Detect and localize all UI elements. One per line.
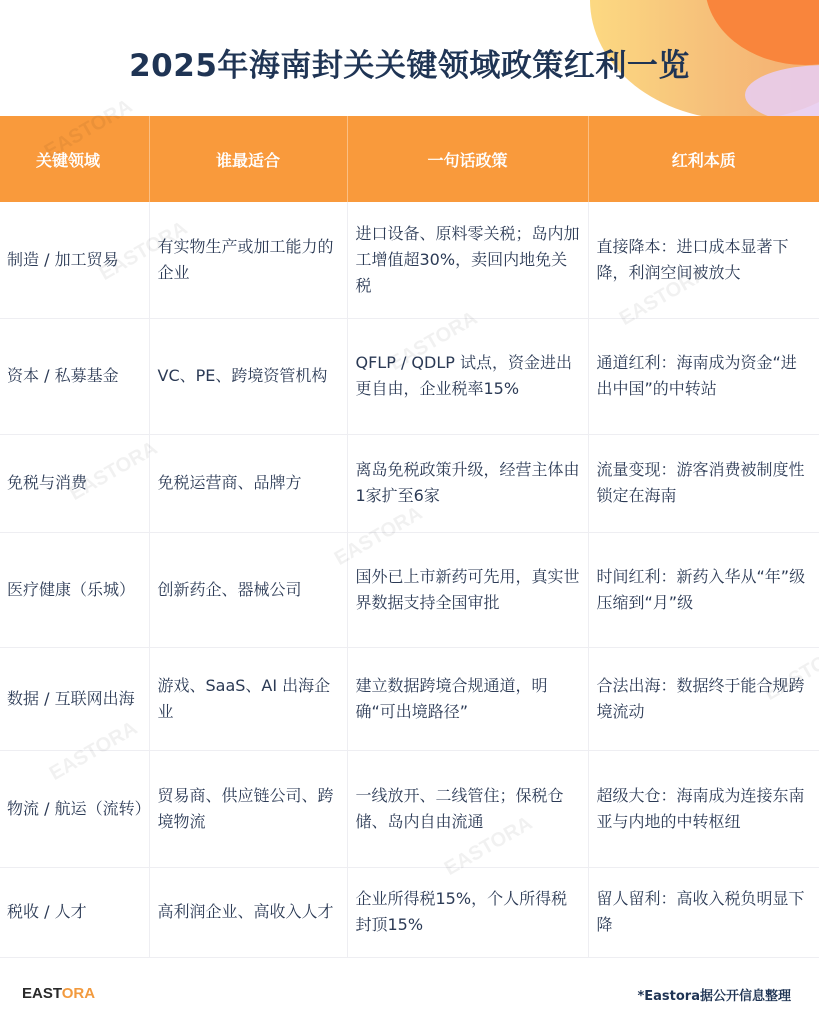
header-best-fit: 谁最适合 xyxy=(149,116,347,202)
table-row: 资本 / 私募基金 VC、PE、跨境资管机构 QFLP / QDLP 试点，资金… xyxy=(0,318,819,434)
cell-benefit: 直接降本：进口成本显著下降，利润空间被放大 xyxy=(588,202,819,318)
cell-policy: 国外已上市新药可先用，真实世界数据支持全国审批 xyxy=(347,532,588,647)
cell-key-area: 制造 / 加工贸易 xyxy=(0,202,149,318)
cell-policy: QFLP / QDLP 试点，资金进出更自由，企业税率15% xyxy=(347,318,588,434)
cell-policy: 建立数据跨境合规通道，明确“可出境路径” xyxy=(347,647,588,750)
cell-key-area: 数据 / 互联网出海 xyxy=(0,647,149,750)
table-row: 物流 / 航运（流转） 贸易商、供应链公司、跨境物流 一线放开、二线管住；保税仓… xyxy=(0,750,819,867)
cell-key-area: 物流 / 航运（流转） xyxy=(0,750,149,867)
cell-key-area: 税收 / 人才 xyxy=(0,867,149,957)
cell-best-fit: 贸易商、供应链公司、跨境物流 xyxy=(149,750,347,867)
cell-key-area: 资本 / 私募基金 xyxy=(0,318,149,434)
cell-key-area: 医疗健康（乐城） xyxy=(0,532,149,647)
table-row: 税收 / 人才 高利润企业、高收入人才 企业所得税15%，个人所得税封顶15% … xyxy=(0,867,819,957)
table-row: 数据 / 互联网出海 游戏、SaaS、AI 出海企业 建立数据跨境合规通道，明确… xyxy=(0,647,819,750)
page-title: 2025年海南封关关键领域政策红利一览 xyxy=(0,40,819,85)
cell-benefit: 合法出海：数据终于能合规跨境流动 xyxy=(588,647,819,750)
cell-policy: 企业所得税15%，个人所得税封顶15% xyxy=(347,867,588,957)
cell-policy: 进口设备、原料零关税；岛内加工增值超30%，卖回内地免关税 xyxy=(347,202,588,318)
cell-best-fit: 创新药企、器械公司 xyxy=(149,532,347,647)
eastora-logo: EASTORA xyxy=(22,985,95,1002)
logo-text-ora: ORA xyxy=(62,985,95,1002)
table-row: 医疗健康（乐城） 创新药企、器械公司 国外已上市新药可先用，真实世界数据支持全国… xyxy=(0,532,819,647)
cell-benefit: 流量变现：游客消费被制度性锁定在海南 xyxy=(588,434,819,532)
cell-benefit: 留人留利：高收入税负明显下降 xyxy=(588,867,819,957)
header-policy: 一句话政策 xyxy=(347,116,588,202)
cell-benefit: 通道红利：海南成为资金“进出中国”的中转站 xyxy=(588,318,819,434)
cell-best-fit: 有实物生产或加工能力的企业 xyxy=(149,202,347,318)
header-benefit: 红利本质 xyxy=(588,116,819,202)
cell-best-fit: 高利润企业、高收入人才 xyxy=(149,867,347,957)
cell-policy: 离岛免税政策升级，经营主体由1家扩至6家 xyxy=(347,434,588,532)
cell-best-fit: 游戏、SaaS、AI 出海企业 xyxy=(149,647,347,750)
policy-table: 关键领域 谁最适合 一句话政策 红利本质 制造 / 加工贸易 有实物生产或加工能… xyxy=(0,116,819,958)
cell-policy: 一线放开、二线管住；保税仓储、岛内自由流通 xyxy=(347,750,588,867)
cell-key-area: 免税与消费 xyxy=(0,434,149,532)
table-row: 制造 / 加工贸易 有实物生产或加工能力的企业 进口设备、原料零关税；岛内加工增… xyxy=(0,202,819,318)
cell-benefit: 超级大仓：海南成为连接东南亚与内地的中转枢纽 xyxy=(588,750,819,867)
table-row: 免税与消费 免税运营商、品牌方 离岛免税政策升级，经营主体由1家扩至6家 流量变… xyxy=(0,434,819,532)
cell-best-fit: 免税运营商、品牌方 xyxy=(149,434,347,532)
logo-text-east: EAST xyxy=(22,985,62,1002)
cell-best-fit: VC、PE、跨境资管机构 xyxy=(149,318,347,434)
header-key-area: 关键领域 xyxy=(0,116,149,202)
cell-benefit: 时间红利：新药入华从“年”级压缩到“月”级 xyxy=(588,532,819,647)
source-note: *Eastora据公开信息整理 xyxy=(637,985,791,1004)
table-header-row: 关键领域 谁最适合 一句话政策 红利本质 xyxy=(0,116,819,202)
